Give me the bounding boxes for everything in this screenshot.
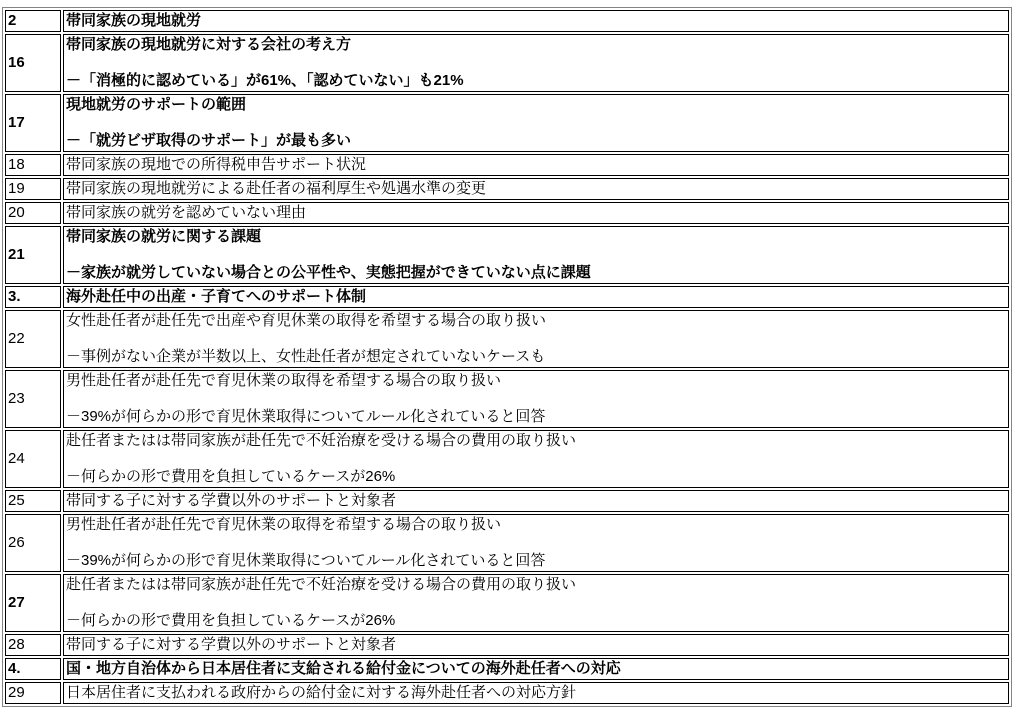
- toc-table-body: 2帯同家族の現地就労16帯同家族の現地就労に対する会社の考え方－「消極的に認めて…: [5, 10, 1009, 704]
- row-detail-line: －39%が何らかの形で育児休業取得についてルール化されていると回答: [66, 552, 1006, 570]
- row-detail-line: －「消極的に認めている」が61%、「認めていない」も21%: [66, 72, 1006, 90]
- row-number-cell: 29: [5, 682, 61, 704]
- table-row: 19帯同家族の現地就労による赴任者の福利厚生や処遇水準の変更: [5, 178, 1009, 200]
- table-row: 23男性赴任者が赴任先で育児休業の取得を希望する場合の取り扱い－39%が何らかの…: [5, 370, 1009, 428]
- row-title-line: 帯同家族の就労を認めていない理由: [66, 204, 1006, 222]
- table-row: 18帯同家族の現地での所得税申告サポート状況: [5, 154, 1009, 176]
- row-content-cell: 帯同家族の就労を認めていない理由: [63, 202, 1009, 224]
- row-number: 18: [8, 156, 25, 173]
- row-title-line: 帯同家族の現地就労: [66, 12, 1006, 30]
- blank-line: [66, 594, 1006, 612]
- row-content-cell: 帯同家族の現地就労に対する会社の考え方－「消極的に認めている」が61%、「認めて…: [63, 34, 1009, 92]
- row-title-line: 赴任者またはは帯同家族が赴任先で不妊治療を受ける場合の費用の取り扱い: [66, 576, 1006, 594]
- row-content-cell: 海外赴任中の出産・子育てへのサポート体制: [63, 286, 1009, 308]
- row-number-cell: 16: [5, 34, 61, 92]
- row-number: 24: [8, 450, 25, 467]
- row-content-cell: 国・地方自治体から日本居住者に支給される給付金についての海外赴任者への対応: [63, 658, 1009, 680]
- blank-line: [66, 450, 1006, 468]
- row-title-line: 男性赴任者が赴任先で育児休業の取得を希望する場合の取り扱い: [66, 372, 1006, 390]
- table-row: 25帯同する子に対する学費以外のサポートと対象者: [5, 490, 1009, 512]
- row-content-cell: 帯同家族の現地就労: [63, 10, 1009, 32]
- row-number-cell: 3.: [5, 286, 61, 308]
- table-row: 2帯同家族の現地就労: [5, 10, 1009, 32]
- row-number: 23: [8, 390, 25, 407]
- row-number-cell: 24: [5, 430, 61, 488]
- row-detail-line: －39%が何らかの形で育児休業取得についてルール化されていると回答: [66, 408, 1006, 426]
- row-number: 27: [8, 594, 25, 611]
- table-row: 27赴任者またはは帯同家族が赴任先で不妊治療を受ける場合の費用の取り扱い－何らか…: [5, 574, 1009, 632]
- row-title-line: 男性赴任者が赴任先で育児休業の取得を希望する場合の取り扱い: [66, 516, 1006, 534]
- row-content-cell: 現地就労のサポートの範囲－「就労ビザ取得のサポート」が最も多い: [63, 94, 1009, 152]
- row-number-cell: 21: [5, 226, 61, 284]
- blank-line: [66, 534, 1006, 552]
- row-content-cell: 女性赴任者が赴任先で出産や育児休業の取得を希望する場合の取り扱い－事例がない企業…: [63, 310, 1009, 368]
- row-number-cell: 2: [5, 10, 61, 32]
- row-number: 2: [8, 12, 16, 29]
- row-content-cell: 帯同する子に対する学費以外のサポートと対象者: [63, 634, 1009, 656]
- row-title-line: 帯同家族の現地就労による赴任者の福利厚生や処遇水準の変更: [66, 180, 1006, 198]
- row-number-cell: 19: [5, 178, 61, 200]
- row-content-cell: 帯同する子に対する学費以外のサポートと対象者: [63, 490, 1009, 512]
- row-detail-line: －何らかの形で費用を負担しているケースが26%: [66, 612, 1006, 630]
- blank-line: [66, 390, 1006, 408]
- row-title-line: 帯同家族の現地就労に対する会社の考え方: [66, 36, 1006, 54]
- row-number: 4.: [8, 660, 21, 677]
- row-title-line: 帯同する子に対する学費以外のサポートと対象者: [66, 492, 1006, 510]
- row-title-line: 帯同する子に対する学費以外のサポートと対象者: [66, 636, 1006, 654]
- row-title-line: 女性赴任者が赴任先で出産や育児休業の取得を希望する場合の取り扱い: [66, 312, 1006, 330]
- row-content-cell: 帯同家族の現地就労による赴任者の福利厚生や処遇水準の変更: [63, 178, 1009, 200]
- row-title-line: 帯同家族の現地での所得税申告サポート状況: [66, 156, 1006, 174]
- table-row: 22女性赴任者が赴任先で出産や育児休業の取得を希望する場合の取り扱い－事例がない…: [5, 310, 1009, 368]
- row-title-line: 国・地方自治体から日本居住者に支給される給付金についての海外赴任者への対応: [66, 660, 1006, 678]
- table-row: 21帯同家族の就労に関する課題－家族が就労していない場合との公平性や、実態把握が…: [5, 226, 1009, 284]
- table-row: 28帯同する子に対する学費以外のサポートと対象者: [5, 634, 1009, 656]
- row-content-cell: 帯同家族の就労に関する課題－家族が就労していない場合との公平性や、実態把握ができ…: [63, 226, 1009, 284]
- row-number: 17: [8, 114, 25, 131]
- row-number-cell: 28: [5, 634, 61, 656]
- row-content-cell: 赴任者またはは帯同家族が赴任先で不妊治療を受ける場合の費用の取り扱い－何らかの形…: [63, 430, 1009, 488]
- row-number-cell: 4.: [5, 658, 61, 680]
- table-row: 3.海外赴任中の出産・子育てへのサポート体制: [5, 286, 1009, 308]
- row-number: 25: [8, 492, 25, 509]
- row-title-line: 海外赴任中の出産・子育てへのサポート体制: [66, 288, 1006, 306]
- table-row: 4.国・地方自治体から日本居住者に支給される給付金についての海外赴任者への対応: [5, 658, 1009, 680]
- row-number: 29: [8, 684, 25, 701]
- row-detail-line: －事例がない企業が半数以上、女性赴任者が想定されていないケースも: [66, 348, 1006, 366]
- table-row: 24赴任者またはは帯同家族が赴任先で不妊治療を受ける場合の費用の取り扱い－何らか…: [5, 430, 1009, 488]
- row-number: 3.: [8, 288, 21, 305]
- row-title-line: 帯同家族の就労に関する課題: [66, 228, 1006, 246]
- row-content-cell: 日本居住者に支払われる政府からの給付金に対する海外赴任者への対応方針: [63, 682, 1009, 704]
- row-content-cell: 男性赴任者が赴任先で育児休業の取得を希望する場合の取り扱い－39%が何らかの形で…: [63, 370, 1009, 428]
- row-number-cell: 22: [5, 310, 61, 368]
- table-row: 20帯同家族の就労を認めていない理由: [5, 202, 1009, 224]
- row-content-cell: 赴任者またはは帯同家族が赴任先で不妊治療を受ける場合の費用の取り扱い－何らかの形…: [63, 574, 1009, 632]
- row-number-cell: 17: [5, 94, 61, 152]
- row-number: 28: [8, 636, 25, 653]
- row-detail-line: －家族が就労していない場合との公平性や、実態把握ができていない点に課題: [66, 264, 1006, 282]
- row-number: 21: [8, 246, 25, 263]
- row-number: 20: [8, 204, 25, 221]
- table-row: 29日本居住者に支払われる政府からの給付金に対する海外赴任者への対応方針: [5, 682, 1009, 704]
- row-title-line: 現地就労のサポートの範囲: [66, 96, 1006, 114]
- row-content-cell: 帯同家族の現地での所得税申告サポート状況: [63, 154, 1009, 176]
- row-number-cell: 23: [5, 370, 61, 428]
- table-row: 26男性赴任者が赴任先で育児休業の取得を希望する場合の取り扱い－39%が何らかの…: [5, 514, 1009, 572]
- blank-line: [66, 54, 1006, 72]
- row-number-cell: 25: [5, 490, 61, 512]
- row-number-cell: 18: [5, 154, 61, 176]
- row-number: 26: [8, 534, 25, 551]
- row-number: 22: [8, 330, 25, 347]
- blank-line: [66, 330, 1006, 348]
- row-detail-line: －「就労ビザ取得のサポート」が最も多い: [66, 132, 1006, 150]
- row-detail-line: －何らかの形で費用を負担しているケースが26%: [66, 468, 1006, 486]
- row-title-line: 赴任者またはは帯同家族が赴任先で不妊治療を受ける場合の費用の取り扱い: [66, 432, 1006, 450]
- table-row: 16帯同家族の現地就労に対する会社の考え方－「消極的に認めている」が61%、「認…: [5, 34, 1009, 92]
- row-number-cell: 27: [5, 574, 61, 632]
- table-row: 17現地就労のサポートの範囲－「就労ビザ取得のサポート」が最も多い: [5, 94, 1009, 152]
- blank-line: [66, 114, 1006, 132]
- row-number: 16: [8, 54, 25, 71]
- row-number-cell: 26: [5, 514, 61, 572]
- blank-line: [66, 246, 1006, 264]
- row-content-cell: 男性赴任者が赴任先で育児休業の取得を希望する場合の取り扱い－39%が何らかの形で…: [63, 514, 1009, 572]
- row-title-line: 日本居住者に支払われる政府からの給付金に対する海外赴任者への対応方針: [66, 684, 1006, 702]
- row-number: 19: [8, 180, 25, 197]
- row-number-cell: 20: [5, 202, 61, 224]
- toc-table: 2帯同家族の現地就労16帯同家族の現地就労に対する会社の考え方－「消極的に認めて…: [2, 7, 1012, 707]
